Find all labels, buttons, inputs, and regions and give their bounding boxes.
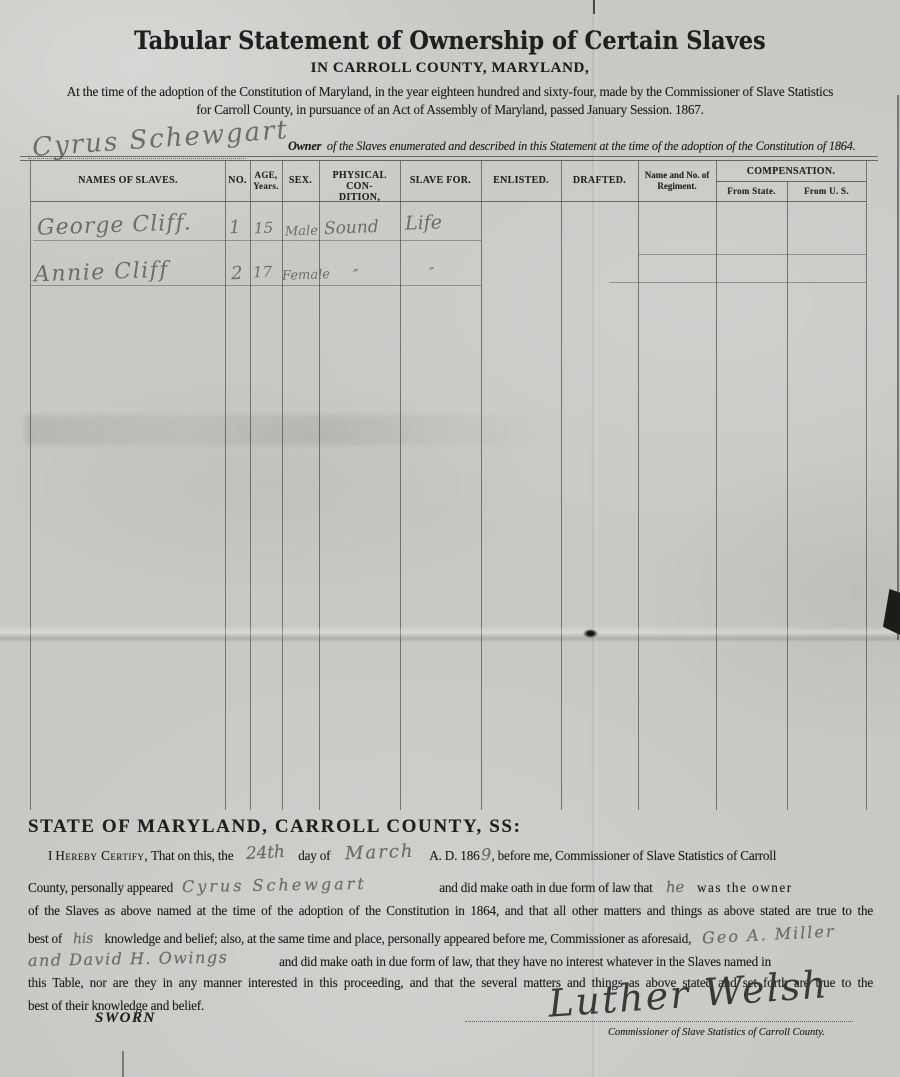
header-names: NAMES OF SLAVES. bbox=[31, 175, 225, 186]
table-row-1-sex: Male bbox=[285, 222, 318, 240]
certification-line-1: I Hereby Certify, That on this, the 24th… bbox=[48, 844, 776, 865]
table-row-1-physical: Sound bbox=[324, 218, 379, 238]
preamble-line-1: At the time of the adoption of the Const… bbox=[0, 84, 900, 100]
col-line-age bbox=[282, 161, 283, 810]
table-row-2-underline-right bbox=[609, 282, 866, 283]
bottom-crease-mark bbox=[122, 1051, 124, 1077]
header-bottom-rule bbox=[31, 201, 866, 202]
table-row-1-underline-right bbox=[638, 254, 866, 255]
handwritten-month: March bbox=[345, 841, 415, 864]
col-line-slave-for bbox=[481, 161, 482, 810]
table-row-1-name: George Cliff. bbox=[37, 213, 192, 238]
table-row-1-no: 1 bbox=[229, 217, 240, 238]
table-row-1-underline bbox=[33, 240, 481, 241]
header-no: NO. bbox=[225, 175, 250, 186]
col-line-names bbox=[225, 161, 226, 810]
ink-bleedthrough-smudge bbox=[25, 415, 565, 445]
sworn-label: SWORN bbox=[95, 1010, 156, 1027]
table-row-1-age: 15 bbox=[254, 219, 273, 238]
document-title: Tabular Statement of Ownership of Certai… bbox=[134, 26, 766, 55]
table-row-2-no: 2 bbox=[231, 263, 242, 284]
certification-line-4: best of his knowledge and belief; also, … bbox=[28, 928, 836, 947]
header-physical: PHYSICAL CON- DITION, bbox=[319, 170, 400, 203]
preamble-line-2: for Carroll County, in pursuance of an A… bbox=[0, 102, 900, 118]
table-row-2-sex: Female bbox=[282, 266, 330, 284]
col-line-compensation-split bbox=[787, 181, 788, 810]
header-age: AGE, Years. bbox=[250, 170, 282, 192]
compensation-sub-rule bbox=[716, 181, 866, 182]
top-rule-upper bbox=[20, 156, 878, 157]
commissioner-signature: Luther Welsh bbox=[547, 962, 830, 1025]
owner-caption-label: Owner bbox=[288, 139, 321, 153]
col-line-sex bbox=[319, 161, 320, 810]
table-row-2-physical-ditto: ″ bbox=[353, 266, 359, 285]
header-enlisted: ENLISTED. bbox=[481, 175, 561, 186]
col-line-no bbox=[250, 161, 251, 810]
header-regiment: Name and No. of Regiment. bbox=[638, 170, 716, 192]
header-from-state: From State. bbox=[716, 186, 787, 197]
handwritten-possessive: his bbox=[73, 931, 94, 948]
handwritten-day: 24th bbox=[246, 842, 286, 864]
horizontal-fold-crease bbox=[0, 626, 900, 642]
col-line-physical bbox=[400, 161, 401, 810]
table-row-2-name: Annie Cliff bbox=[34, 260, 169, 285]
commissioner-title: Commissioner of Slave Statistics of Carr… bbox=[608, 1027, 825, 1038]
header-sex: SEX. bbox=[282, 175, 319, 186]
col-line-drafted bbox=[638, 161, 639, 810]
document-title-wrap: Tabular Statement of Ownership of Certai… bbox=[0, 26, 900, 55]
handwritten-witness-1: Geo A. Miller bbox=[702, 922, 836, 948]
header-from-us: From U. S. bbox=[787, 186, 866, 197]
col-line-enlisted bbox=[561, 161, 562, 810]
page-edge-line bbox=[897, 95, 899, 640]
hereby-certify: Hereby Certify, bbox=[55, 848, 148, 863]
table-row-2-age: 17 bbox=[253, 263, 272, 282]
handwritten-year-digit: 9 bbox=[481, 845, 492, 864]
commissioner-signature-line bbox=[465, 1021, 853, 1022]
certification-line-5: and David H. Owings and did make oath in… bbox=[28, 951, 771, 970]
handwritten-appeared-name: Cyrus Schewgart bbox=[182, 873, 430, 896]
table-row-1-slave-for: Life bbox=[405, 212, 442, 234]
fold-hole-spot bbox=[583, 629, 598, 638]
top-crease-mark bbox=[593, 0, 595, 14]
handwritten-pronoun: he bbox=[665, 878, 684, 897]
certification-heading: STATE OF MARYLAND, CARROLL COUNTY, SS: bbox=[28, 816, 522, 838]
col-line-regiment bbox=[716, 161, 717, 810]
table-row-2-slave-for-ditto: ″ bbox=[429, 264, 435, 283]
scanned-document: Tabular Statement of Ownership of Certai… bbox=[0, 0, 900, 1077]
header-slave-for: SLAVE FOR. bbox=[400, 175, 481, 186]
certification-line-3: of the Slaves as above named at the time… bbox=[28, 903, 873, 919]
certification-line-2: County, personally appeared Cyrus Schewg… bbox=[28, 877, 793, 896]
handwritten-witness-2: and David H. Owings bbox=[28, 947, 258, 970]
header-compensation: COMPENSATION. bbox=[716, 166, 866, 177]
table-row-2-underline bbox=[31, 285, 481, 286]
document-subtitle: IN CARROLL COUNTY, MARYLAND, bbox=[0, 60, 900, 77]
slave-table: NAMES OF SLAVES. NO. AGE, Years. SEX. PH… bbox=[30, 161, 867, 810]
owner-caption: Owner of the Slaves enumerated and descr… bbox=[288, 139, 856, 154]
header-drafted: DRAFTED. bbox=[561, 175, 638, 186]
